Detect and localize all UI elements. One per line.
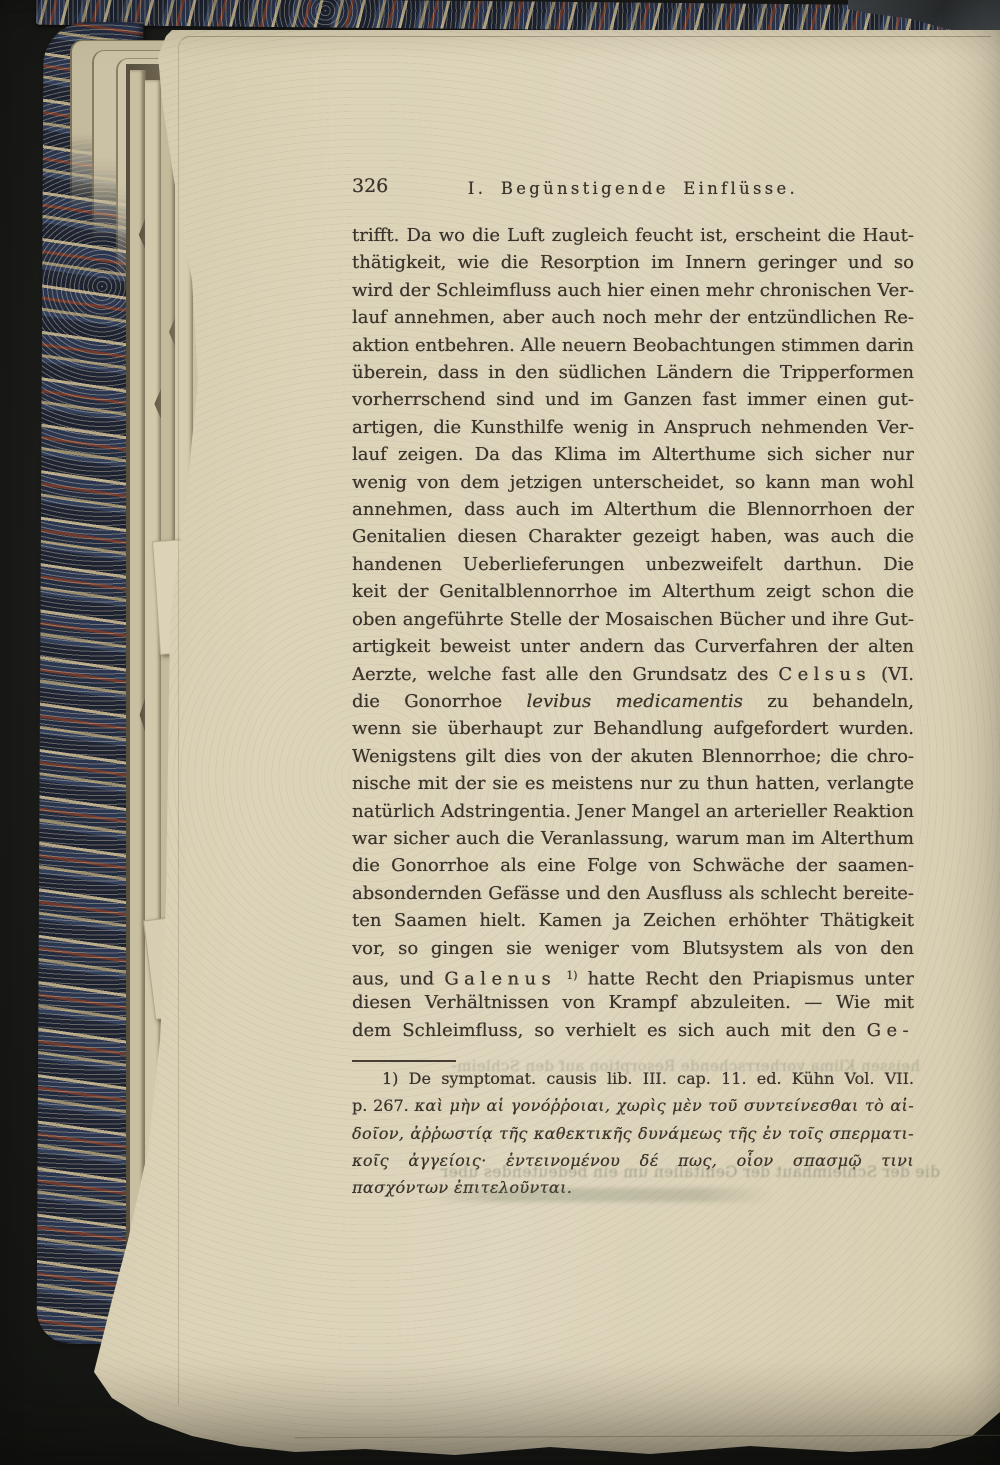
body-line: war sicher auch die Veranlassung, warum … <box>352 825 914 852</box>
body-line: wenn sie überhaupt zur Behandlung aufgef… <box>352 715 914 742</box>
body-line: die Gonorrhoe levibus medicamentis zu be… <box>352 688 914 715</box>
body-line: natürlich Adstringentia. Jener Mangel an… <box>352 798 914 825</box>
body-line: aktion entbehren. Alle neuern Beobachtun… <box>352 332 914 359</box>
body-line: vor, so gingen sie weniger vom Blutsyste… <box>352 935 914 962</box>
bleedthrough-text: heissen Klima vorherrschende Resorption … <box>520 1057 920 1075</box>
body-line: ten Saamen hielt. Kamen ja Zeichen erhöh… <box>352 907 914 934</box>
body-line: oben angeführte Stelle der Mosaischen Bü… <box>352 606 914 633</box>
body-line: wenig von dem jetzigen unterscheidet, so… <box>352 469 914 496</box>
body-line: Wenigstens gilt dies von der akuten Blen… <box>352 743 914 770</box>
body-line: artigen, die Kunsthilfe wenig in Anspruc… <box>352 414 914 441</box>
running-header: I. Begünstigende Einflüsse. <box>352 179 914 198</box>
body-line: trifft. Da wo die Luft zugleich feucht i… <box>352 222 914 249</box>
bleedthrough-smudge <box>430 1188 770 1202</box>
body-line: aus, und Galenus 1) hatte Recht den Pria… <box>352 962 914 989</box>
body-line: überein, dass in den südlichen Ländern d… <box>352 359 914 386</box>
body-line: diesen Verhältnissen von Krampf abzuleit… <box>352 989 914 1016</box>
body-line: wird der Schleimfluss auch hier einen me… <box>352 277 914 304</box>
body-line: nische mit der sie es meistens nur zu th… <box>352 770 914 797</box>
body-line: lauf zeigen. Da das Klima im Alterthume … <box>352 441 914 468</box>
bleedthrough-text: die der Schleimhaut der Genitalien um ei… <box>455 1163 940 1181</box>
body-line: Aerzte, welche fast alle den Grundsatz d… <box>352 661 914 688</box>
body-line: vorherrschend sind und im Ganzen fast im… <box>352 386 914 413</box>
body-text: trifft. Da wo die Luft zugleich feucht i… <box>352 222 914 1044</box>
body-line: absondernden Gefässe und den Ausfluss al… <box>352 880 914 907</box>
body-line: handenen Ueberlieferungen unbezweifelt d… <box>352 551 914 578</box>
footnote-separator <box>352 1060 456 1062</box>
footnote-line: δοῖον, ἀῤῥωστίᾳ τῆς καθεκτικῆς δυνάμεως … <box>352 1120 914 1147</box>
body-line: die Gonorrhoe als eine Folge von Schwäch… <box>352 852 914 879</box>
book-photo: 326 I. Begünstigende Einflüsse. trifft. … <box>0 0 1000 1465</box>
body-line: artigkeit beweist unter andern das Curve… <box>352 633 914 660</box>
body-line: keit der Genitalblennorrhoe im Alterthum… <box>352 578 914 605</box>
footnote-line: p. 267. καὶ μὴν αἱ γονόῤῥοιαι, χωρὶς μὲν… <box>352 1092 914 1119</box>
body-line: annehmen, dass auch im Alterthum die Ble… <box>352 496 914 523</box>
body-line: dem Schleimfluss, so verhielt es sich au… <box>352 1017 914 1044</box>
footnote: 1) De symptomat. causis lib. III. cap. 1… <box>352 1065 914 1201</box>
body-line: thätigkeit, wie die Resorption im Innern… <box>352 249 914 276</box>
body-line: lauf annehmen, aber auch noch mehr der e… <box>352 304 914 331</box>
body-line: Genitalien diesen Charakter gezeigt habe… <box>352 523 914 550</box>
